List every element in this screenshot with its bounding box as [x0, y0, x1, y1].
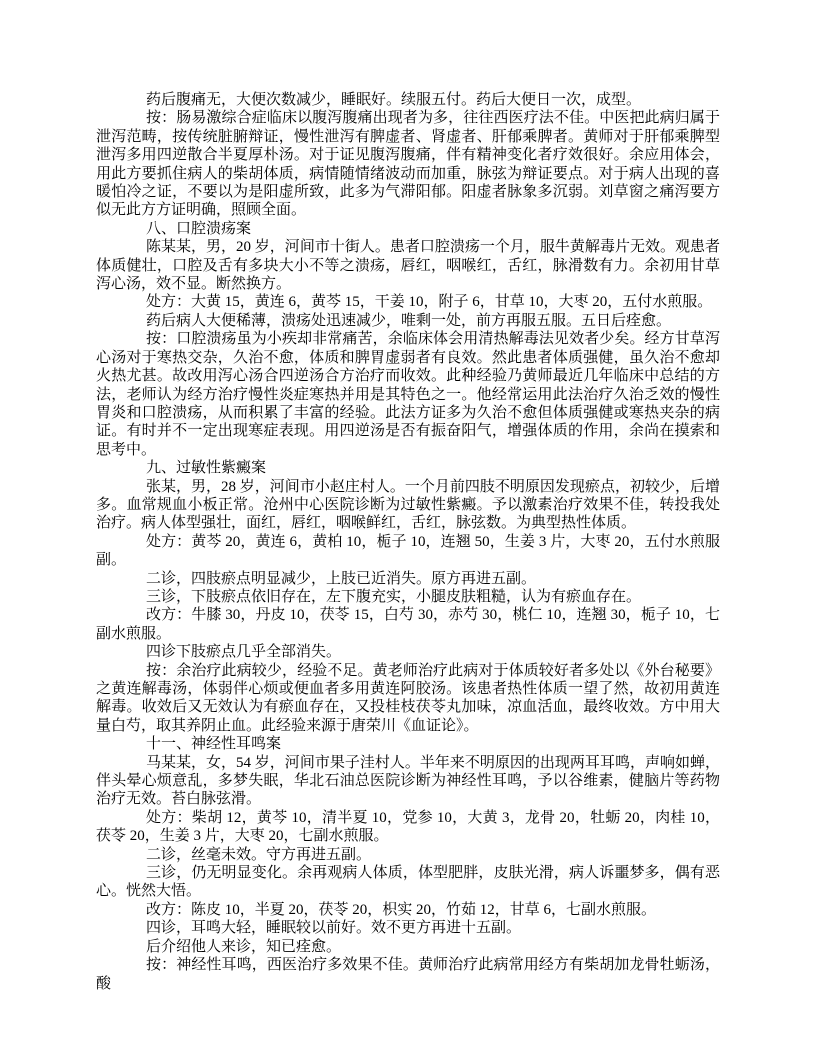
paragraph: 马某某，女，54 岁，河间市果子洼村人。半年来不明原因的出现两耳耳鸣，声响如蝉，… — [96, 754, 720, 809]
prescription-paragraph: 改方：牛膝 30，丹皮 10，茯苓 15，白芍 30，赤芍 30，桃仁 10，连… — [96, 606, 720, 643]
commentary-paragraph: 按：神经性耳鸣，西医治疗多效果不佳。黄师治疗此病常用经方有柴胡加龙骨牡蛎汤，酸 — [96, 956, 720, 993]
paragraph: 四诊，耳鸣大轻，睡眠较以前好。效不更方再进十五副。 — [96, 919, 720, 937]
paragraph: 四诊下肢瘀点几乎全部消失。 — [96, 643, 720, 661]
commentary-paragraph: 按：余治疗此病较少，经验不足。黄老师治疗此病对于体质较好者多处以《外台秘要》之黄… — [96, 662, 720, 736]
paragraph: 二诊，丝毫未效。守方再进五副。 — [96, 846, 720, 864]
paragraph: 药后腹痛无，大便次数减少，睡眠好。续服五付。药后大便日一次，成型。 — [96, 91, 720, 109]
prescription-paragraph: 处方：黄芩 20，黄连 6，黄柏 10，栀子 10，连翘 50，生姜 3 片，大… — [96, 533, 720, 570]
prescription-paragraph: 处方：大黄 15，黄连 6，黄芩 15，干姜 10，附子 6，甘草 10，大枣 … — [96, 293, 720, 311]
prescription-paragraph: 改方：陈皮 10，半夏 20，茯苓 20，枳实 20，竹茹 12，甘草 6，七副… — [96, 901, 720, 919]
section-heading-purpura-case: 九、过敏性紫癜案 — [96, 459, 720, 477]
paragraph: 三诊，仍无明显变化。余再观病人体质，体型肥胖，皮肤光滑，病人诉噩梦多，偶有恶心。… — [96, 864, 720, 901]
section-heading-tinnitus-case: 十一、神经性耳鸣案 — [96, 735, 720, 753]
prescription-paragraph: 处方：柴胡 12，黄芩 10，清半夏 10，党参 10，大黄 3，龙骨 20，牡… — [96, 809, 720, 846]
paragraph: 二诊，四肢瘀点明显减少，上肢已近消失。原方再进五副。 — [96, 570, 720, 588]
document-text-block: 药后腹痛无，大便次数减少，睡眠好。续服五付。药后大便日一次，成型。 按：肠易激综… — [96, 91, 720, 993]
commentary-paragraph: 按：肠易激综合症临床以腹泻腹痛出现者为多，往往西医疗法不佳。中医把此病归属于泄泻… — [96, 109, 720, 219]
commentary-paragraph: 按：口腔溃疡虽为小疾却非常痛苦，余临床体会用清热解毒法见效者少矣。经方甘草泻心汤… — [96, 330, 720, 459]
paragraph: 后介绍他人来诊，知已痊愈。 — [96, 938, 720, 956]
section-heading-oral-ulcer-case: 八、口腔溃疡案 — [96, 220, 720, 238]
paragraph: 张某，男，28 岁，河间市小赵庄村人。一个月前四肢不明原因发现瘀点，初较少，后增… — [96, 478, 720, 533]
document-page: 药后腹痛无，大便次数减少，睡眠好。续服五付。药后大便日一次，成型。 按：肠易激综… — [0, 0, 816, 1056]
paragraph: 药后病人大便稀薄，溃疡处迅速减少，唯剩一处，前方再服五服。五日后痊愈。 — [96, 312, 720, 330]
paragraph: 三诊，下肢瘀点依旧存在，左下腹充实，小腿皮肤粗糙，认为有瘀血存在。 — [96, 588, 720, 606]
paragraph: 陈某某，男，20 岁，河间市十街人。患者口腔溃疡一个月，服牛黄解毒片无效。观患者… — [96, 238, 720, 293]
